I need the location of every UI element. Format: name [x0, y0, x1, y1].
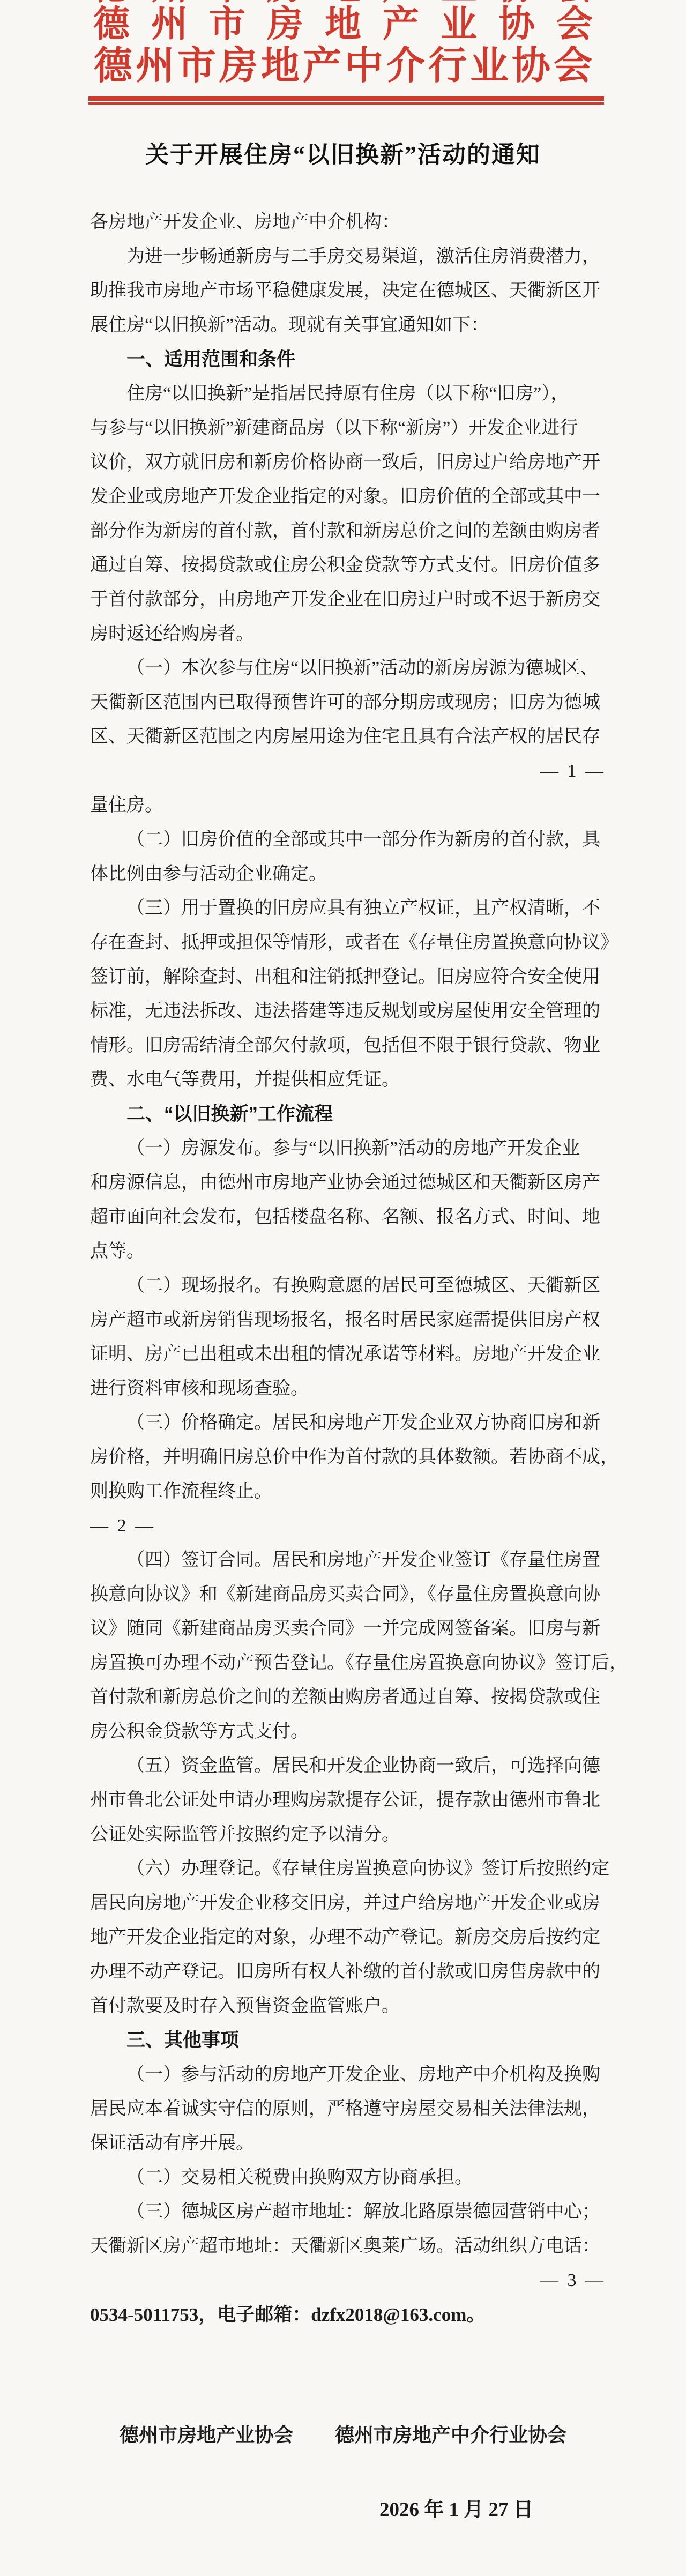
doc-line: 区、天衢新区范围之内房屋用途为住宅且具有合法产权的居民存 [90, 720, 606, 754]
document-date: 2026 年 1 月 27 日 [0, 2497, 686, 2523]
doc-line: 房价格，并明确旧房总价中作为首付款的具体数额。若协商不成， [90, 1440, 606, 1475]
doc-line: 标准，无违法拆改、违法搭建等违反规划或房屋使用安全管理的 [90, 994, 606, 1029]
page-number: — 1 — [90, 754, 606, 788]
doc-line: 天衢新区范围内已取得预售许可的部分期房或现房；旧房为德城 [90, 686, 606, 720]
letterhead-double-rule [88, 96, 604, 105]
doc-line: （三）德城区房产超市地址：解放北路原崇德园营销中心； [90, 2195, 606, 2229]
doc-line: 通过自筹、按揭贷款或住房公积金贷款等方式支付。旧房价值多 [90, 548, 606, 583]
doc-line: （一）房源发布。参与“以旧换新”活动的房地产开发企业 [90, 1131, 606, 1166]
doc-line: 点等。 [90, 1234, 606, 1269]
signature-block: 德州市房地产业协会 德州市房地产中介行业协会 [0, 2423, 686, 2447]
doc-line: 房置换可办理不动产预告登记。《存量住房置换意向协议》签订后， [90, 1646, 606, 1680]
doc-line: 助推我市房地产市场平稳健康发展，决定在德城区、天衢新区开 [90, 274, 606, 308]
doc-line: 于首付款部分，由房地产开发企业在旧房过户时或不迟于新房交 [90, 583, 606, 617]
doc-line: 换意向协议》和《新建商品房买卖合同》，《存量住房置换意向协 [90, 1577, 606, 1612]
page-number: — 3 — [90, 2264, 606, 2298]
doc-line: 首付款和新房总价之间的差额由购房者通过自筹、按揭贷款或住 [90, 1680, 606, 1715]
doc-line: 部分作为新房的首付款，首付款和新房总价之间的差额由购房者 [90, 514, 606, 548]
doc-line: 进行资料审核和现场查验。 [90, 1372, 606, 1406]
doc-line: （三）价格确定。居民和房地产开发企业双方协商旧房和新 [90, 1406, 606, 1440]
signature-org-2: 德州市房地产中介行业协会 [335, 2423, 566, 2447]
doc-line: 则换购工作流程终止。 [90, 1475, 606, 1509]
letterhead-org-2: 德州市房地产中介行业协会 [0, 45, 686, 87]
doc-line: 地产开发企业指定的对象，办理不动产登记。新房交房后按约定 [90, 1920, 606, 1955]
doc-line: 各房地产开发企业、房地产中介机构： [90, 205, 606, 240]
doc-line: 0534-5011753，电子邮箱：dzfx2018@163.com。 [90, 2298, 606, 2332]
doc-line: 住房“以旧换新”是指居民持原有住房（以下称“旧房”）， [90, 377, 606, 411]
doc-line: 二、“以旧换新”工作流程 [90, 1097, 606, 1131]
doc-line: 议》随同《新建商品房买卖合同》一并完成网签备案。旧房与新 [90, 1612, 606, 1646]
doc-line: 存在查封、抵押或担保等情形，或者在《存量住房置换意向协议》 [90, 926, 606, 960]
doc-line: （五）资金监管。居民和开发企业协商一致后，可选择向德 [90, 1749, 606, 1783]
doc-line: （三）用于置换的旧房应具有独立产权证，且产权清晰，不 [90, 891, 606, 926]
doc-line: （二）旧房价值的全部或其中一部分作为新房的首付款，具 [90, 823, 606, 857]
doc-line: 量住房。 [90, 788, 606, 823]
doc-line: 签订前，解除查封、出租和注销抵押登记。旧房应符合安全使用 [90, 960, 606, 994]
doc-line: 为进一步畅通新房与二手房交易渠道，激活住房消费潜力， [90, 240, 606, 274]
doc-line: 与参与“以旧换新”新建商品房（以下称“新房”）开发企业进行 [90, 411, 606, 445]
doc-line: 保证活动有序开展。 [90, 2126, 606, 2161]
doc-line: 发企业或房地产开发企业指定的对象。旧房价值的全部或其中一 [90, 480, 606, 514]
doc-line: 三、其他事项 [90, 2023, 606, 2058]
doc-line: （二）现场报名。有换购意愿的居民可至德城区、天衢新区 [90, 1269, 606, 1303]
signature-org-1: 德州市房地产业协会 [120, 2423, 293, 2447]
doc-line: （六）办理登记。《存量住房置换意向协议》签订后按照约定 [90, 1852, 606, 1886]
doc-line: 办理不动产登记。旧房所有权人补缴的首付款或旧房售房款中的 [90, 1955, 606, 1989]
doc-line: 超市面向社会发布，包括楼盘名称、名额、报名方式、时间、地 [90, 1200, 606, 1234]
doc-line: 一、适用范围和条件 [90, 343, 606, 377]
doc-line: 情形。旧房需结清全部欠付款项，包括但不限于银行贷款、物业 [90, 1029, 606, 1063]
page-title: 关于开展住房“以旧换新”活动的通知 [0, 142, 686, 168]
doc-line: （二）交易相关税费由换购双方协商承担。 [90, 2161, 606, 2195]
letterhead: 德州市房地产业协会 德州市房地产中介行业协会 [0, 6, 686, 105]
letterhead-org-1: 德州市房地产业协会 [0, 6, 686, 42]
doc-line: 房时返还给购房者。 [90, 617, 606, 651]
doc-line: （一）本次参与住房“以旧换新”活动的新房房源为德城区、 [90, 651, 606, 686]
doc-line: 费、水电气等费用，并提供相应凭证。 [90, 1063, 606, 1097]
notice-document: 德州市房地产业协会 德州市房地产业协会 德州市房地产中介行业协会 关于开展住房“… [0, 0, 686, 2576]
document-body: 各房地产开发企业、房地产中介机构：为进一步畅通新房与二手房交易渠道，激活住房消费… [0, 205, 686, 2332]
doc-line: （一）参与活动的房地产开发企业、房地产中介机构及换购 [90, 2058, 606, 2092]
doc-line: 房公积金贷款等方式支付。 [90, 1715, 606, 1749]
doc-line: 公证处实际监管并按照约定予以清分。 [90, 1818, 606, 1852]
doc-line: 州市鲁北公证处申请办理购房款提存公证，提存款由德州市鲁北 [90, 1783, 606, 1818]
doc-line: 天衢新区房产超市地址：天衢新区奥莱广场。活动组织方电话： [90, 2229, 606, 2264]
doc-line: 房产超市或新房销售现场报名，报名时居民家庭需提供旧房产权 [90, 1303, 606, 1337]
doc-line: 和房源信息，由德州市房地产业协会通过德城区和天衢新区房产 [90, 1166, 606, 1200]
doc-line: 体比例由参与活动企业确定。 [90, 857, 606, 891]
page-number: — 2 — [90, 1509, 606, 1543]
doc-line: 居民应本着诚实守信的原则，严格遵守房屋交易相关法律法规， [90, 2092, 606, 2126]
doc-line: 居民向房地产开发企业移交旧房，并过户给房地产开发企业或房 [90, 1886, 606, 1920]
doc-line: （四）签订合同。居民和房地产开发企业签订《存量住房置 [90, 1543, 606, 1577]
doc-line: 展住房“以旧换新”活动。现就有关事宜通知如下： [90, 308, 606, 343]
doc-line: 首付款要及时存入预售资金监管账户。 [90, 1989, 606, 2023]
doc-line: 证明、房产已出租或未出租的情况承诺等材料。房地产开发企业 [90, 1337, 606, 1372]
doc-line: 议价，双方就旧房和新房价格协商一致后，旧房过户给房地产开 [90, 445, 606, 480]
